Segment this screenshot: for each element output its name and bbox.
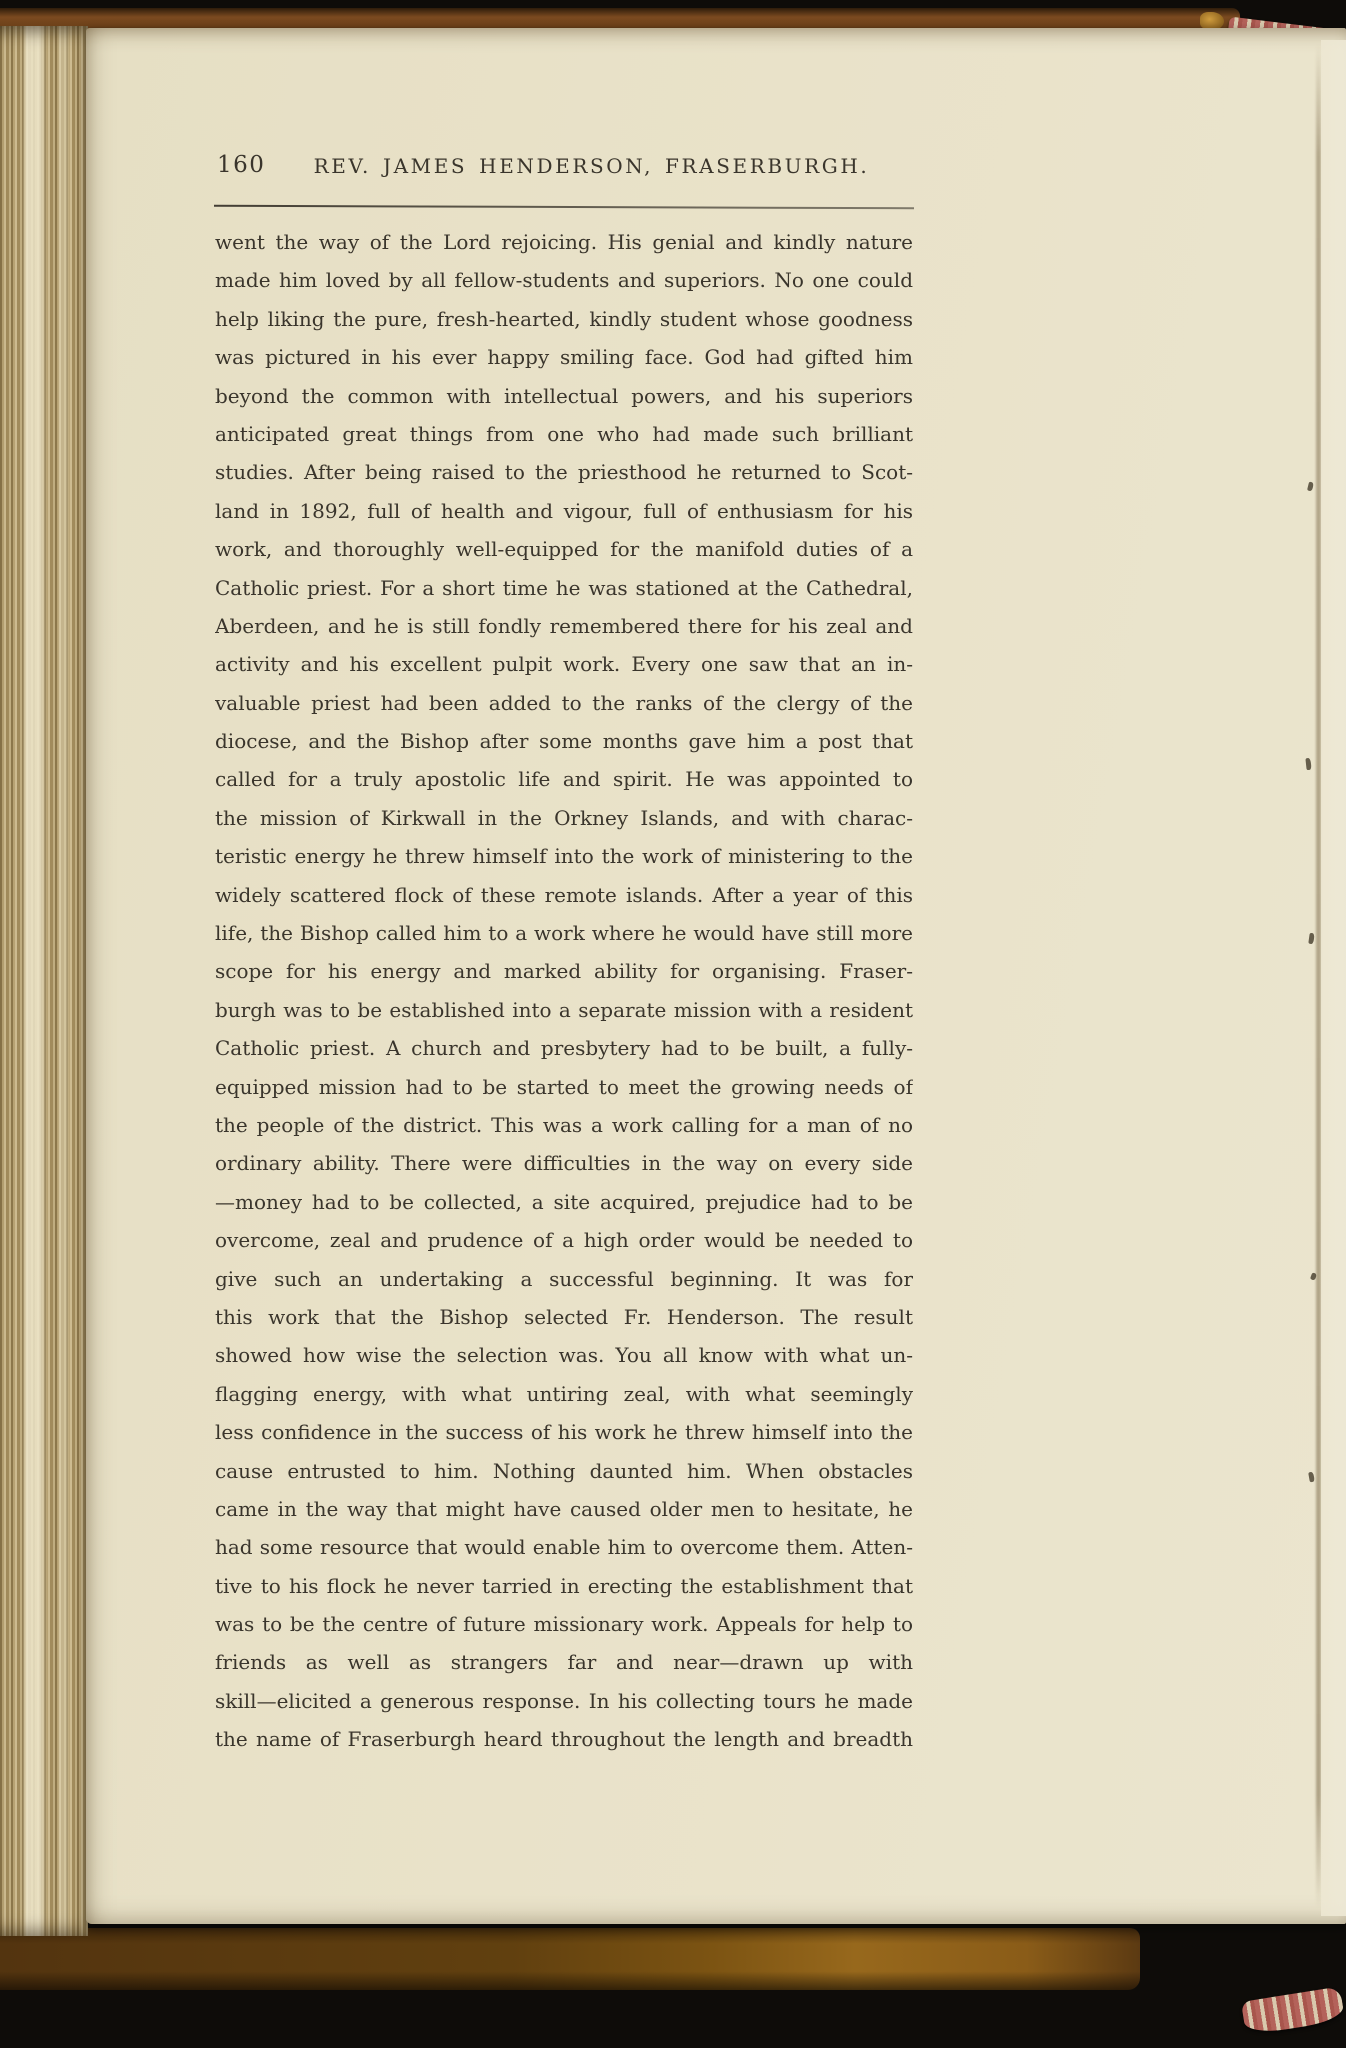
body-text-line: land in 1892, full of health and vigour,… (215, 492, 913, 530)
body-text-line: widely scattered flock of these remote i… (215, 876, 913, 914)
body-text-line: had some resource that would enable him … (215, 1528, 913, 1566)
fanned-page-edges (0, 26, 88, 1936)
body-text-line: help liking the pure, fresh-hearted, kin… (215, 300, 913, 338)
body-text-line: diocese, and the Bishop after some month… (215, 722, 913, 760)
body-text-line: called for a truly apostolic life and sp… (215, 760, 913, 798)
body-text-line: life, the Bishop called him to a work wh… (215, 914, 913, 952)
body-text-line: friends as well as strangers far and nea… (215, 1643, 913, 1681)
body-text-line: skill—elicited a generous response. In h… (215, 1682, 913, 1720)
scanned-book-photo: 160 REV. JAMES HENDERSON, FRASERBURGH. w… (0, 0, 1346, 2048)
body-text-line: went the way of the Lord rejoicing. His … (215, 223, 913, 261)
body-text-line: overcome, zeal and prudence of a high or… (215, 1221, 913, 1259)
body-text-line: came in the way that might have caused o… (215, 1490, 913, 1528)
page-header: 160 REV. JAMES HENDERSON, FRASERBURGH. (215, 148, 912, 190)
body-text-line: showed how wise the selection was. You a… (215, 1336, 913, 1374)
body-text-line: ordinary ability. There were difficultie… (215, 1144, 913, 1182)
body-text-line: burgh was to be established into a separ… (215, 991, 913, 1029)
running-title: REV. JAMES HENDERSON, FRASERBURGH. (215, 148, 912, 178)
body-text-line: scope for his energy and marked ability … (215, 952, 913, 990)
book-cover-bottom-edge (0, 1928, 1140, 1990)
body-text-line: anticipated great things from one who ha… (215, 415, 913, 453)
page-number: 160 (217, 152, 265, 178)
body-text-line: the name of Fraserburgh heard throughout… (215, 1720, 913, 1758)
body-text-line: studies. After being raised to the pries… (215, 453, 913, 491)
body-text-line: this work that the Bishop selected Fr. H… (215, 1298, 913, 1336)
body-text-line: the people of the district. This was a w… (215, 1106, 913, 1144)
body-text-line: Catholic priest. For a short time he was… (215, 569, 913, 607)
body-text-line: flagging energy, with what untiring zeal… (215, 1375, 913, 1413)
book-page: 160 REV. JAMES HENDERSON, FRASERBURGH. w… (86, 28, 1346, 1924)
body-text: went the way of the Lord rejoicing. His … (215, 223, 913, 1759)
header-rule (214, 205, 914, 209)
body-text-line: —money had to be collected, a site acqui… (215, 1183, 913, 1221)
body-text-line: Aberdeen, and he is still fondly remembe… (215, 607, 913, 645)
body-text-line: cause entrusted to him. Nothing daunted … (215, 1452, 913, 1490)
body-text-line: activity and his excellent pulpit work. … (215, 645, 913, 683)
body-text-line: valuable priest had been added to the ra… (215, 684, 913, 722)
body-text-line: work, and thoroughly well-equipped for t… (215, 530, 913, 568)
body-text-line: the mission of Kirkwall in the Orkney Is… (215, 799, 913, 837)
body-text-line: made him loved by all fellow-students an… (215, 261, 913, 299)
body-text-line: teristic energy he threw himself into th… (215, 837, 913, 875)
body-text-line: beyond the common with intellectual powe… (215, 377, 913, 415)
body-text-line: equipped mission had to be started to me… (215, 1068, 913, 1106)
body-text-line: Catholic priest. A church and presbytery… (215, 1029, 913, 1067)
body-text-line: give such an undertaking a successful be… (215, 1260, 913, 1298)
body-text-line: was pictured in his ever happy smiling f… (215, 338, 913, 376)
endband-bottom (1241, 1986, 1345, 2035)
body-text-line: tive to his flock he never tarried in er… (215, 1567, 913, 1605)
body-text-line: less confidence in the success of his wo… (215, 1413, 913, 1451)
adjacent-page-edge (1321, 40, 1346, 1916)
body-text-line: was to be the centre of future missionar… (215, 1605, 913, 1643)
